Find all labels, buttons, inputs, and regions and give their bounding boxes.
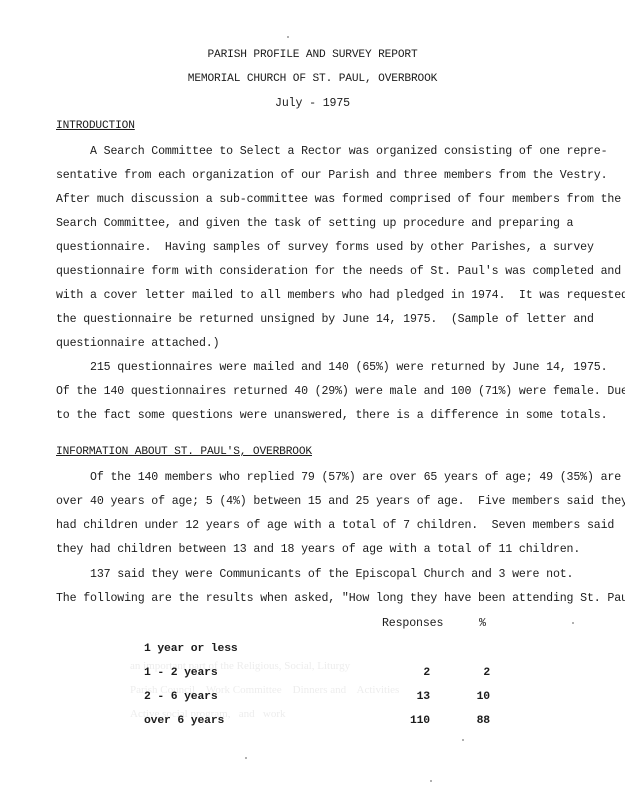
- report-date: July - 1975: [0, 97, 625, 111]
- paragraph-line: with a cover letter mailed to all member…: [56, 289, 625, 303]
- row-percent: 10: [460, 690, 490, 704]
- scan-speck: [430, 780, 432, 782]
- table-header-responses: Responses: [382, 617, 443, 631]
- paragraph-line: Search Committee, and given the task of …: [56, 217, 573, 231]
- table-header-percent: %: [479, 617, 486, 631]
- information-heading: INFORMATION ABOUT ST. PAUL'S, OVERBROOK: [56, 445, 312, 459]
- row-responses: 2: [380, 666, 430, 680]
- paragraph-line: After much discussion a sub-committee wa…: [56, 193, 621, 207]
- paragraph-line: 215 questionnaires were mailed and 140 (…: [56, 361, 607, 375]
- row-responses: 13: [380, 690, 430, 704]
- paragraph-line: A Search Committee to Select a Rector wa…: [56, 145, 607, 159]
- paragraph-line: 137 said they were Communicants of the E…: [56, 568, 573, 582]
- paragraph-line: The following are the results when asked…: [56, 592, 625, 606]
- introduction-heading: INTRODUCTION: [56, 119, 135, 133]
- scan-speck: [245, 757, 247, 759]
- row-percent: 2: [460, 666, 490, 680]
- row-percent: 88: [460, 714, 490, 728]
- paragraph-line: to the fact some questions were unanswer…: [56, 409, 607, 423]
- scan-speck: [462, 739, 464, 741]
- paragraph-line: sentative from each organization of our …: [56, 169, 607, 183]
- row-label: over 6 years: [144, 714, 224, 728]
- row-label: 1 - 2 years: [144, 666, 218, 680]
- paragraph-line: Of the 140 members who replied 79 (57%) …: [56, 471, 621, 485]
- row-label: 2 - 6 years: [144, 690, 218, 704]
- paragraph-line: questionnaire. Having samples of survey …: [56, 241, 594, 255]
- paragraph-line: questionnaire form with consideration fo…: [56, 265, 621, 279]
- document-page: an important part of the Religious, Soci…: [0, 0, 625, 807]
- scan-speck: [287, 36, 289, 38]
- paragraph-line: over 40 years of age; 5 (4%) between 15 …: [56, 495, 625, 509]
- scan-speck: [572, 622, 574, 624]
- paragraph-line: questionnaire attached.): [56, 337, 219, 351]
- church-name: MEMORIAL CHURCH OF ST. PAUL, OVERBROOK: [0, 72, 625, 86]
- row-label: 1 year or less: [144, 642, 238, 656]
- paragraph-line: had children under 12 years of age with …: [56, 519, 614, 533]
- paragraph-line: they had children between 13 and 18 year…: [56, 543, 580, 557]
- paragraph-line: Of the 140 questionnaires returned 40 (2…: [56, 385, 625, 399]
- row-responses: 110: [380, 714, 430, 728]
- report-title: PARISH PROFILE AND SURVEY REPORT: [0, 48, 625, 62]
- paragraph-line: the questionnaire be returned unsigned b…: [56, 313, 594, 327]
